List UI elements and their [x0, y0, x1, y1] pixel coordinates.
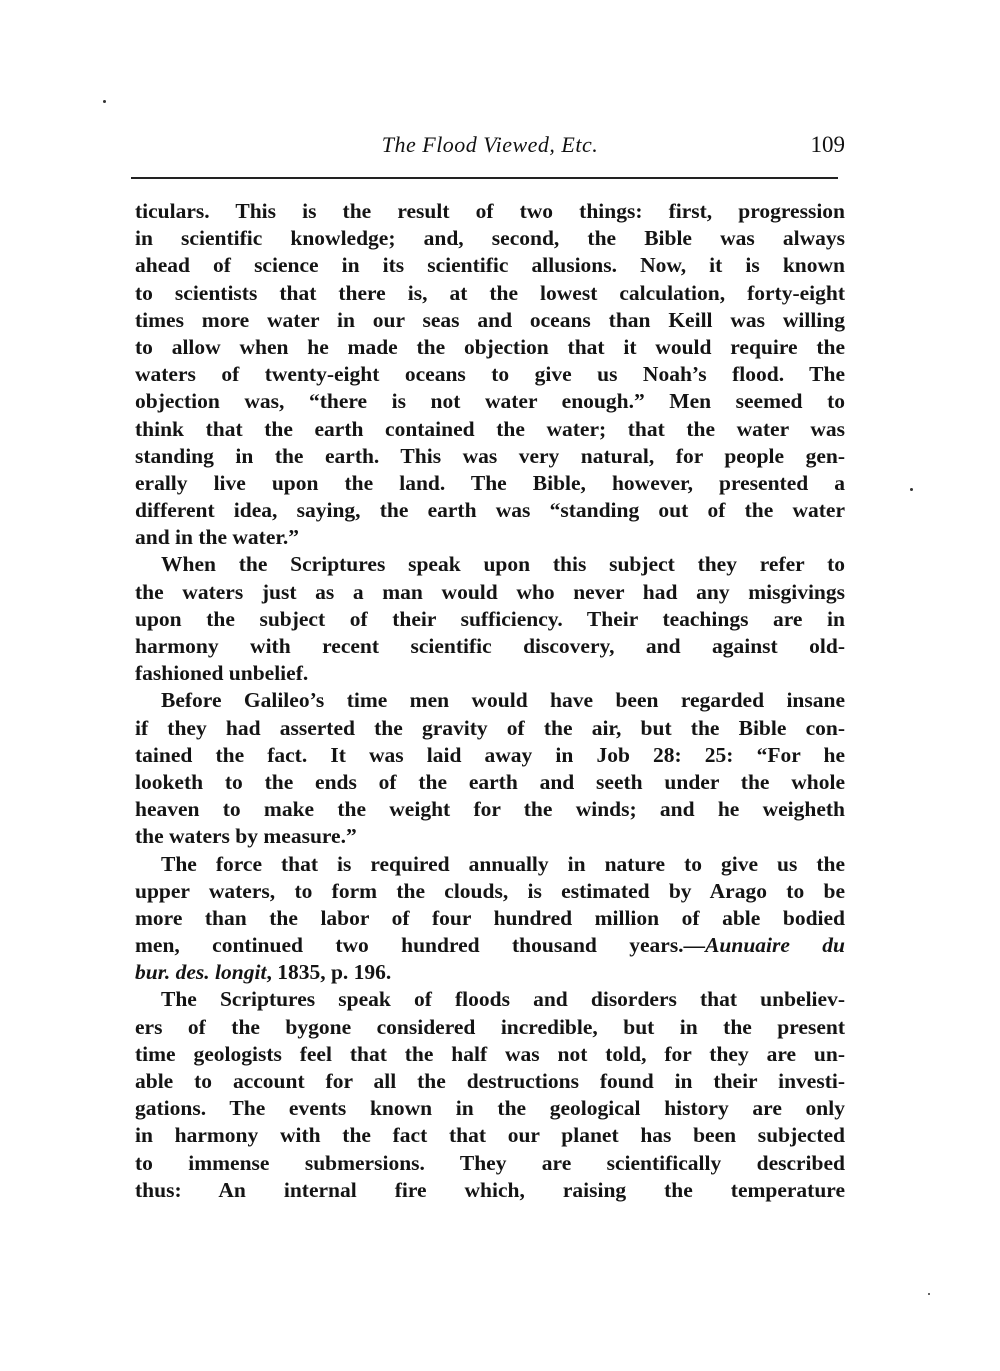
- running-title: The Flood Viewed, Etc.: [135, 132, 845, 158]
- paragraph-1: ticulars. This is the result of two thin…: [135, 198, 845, 551]
- text-line: upper waters, to form the clouds, is est…: [135, 878, 845, 905]
- text-line: able to account for all the destructions…: [135, 1068, 845, 1095]
- text-line: The force that is required annually in n…: [135, 851, 845, 878]
- text-line: thus: An internal fire which, raising th…: [135, 1177, 845, 1204]
- text-line: to immense submersions. They are scienti…: [135, 1150, 845, 1177]
- header-rule: [131, 177, 838, 179]
- text-line: ahead of science in its scientific allus…: [135, 252, 845, 279]
- text-line: objection was, “there is not water enoug…: [135, 388, 845, 415]
- text-line: in harmony with the fact that our planet…: [135, 1122, 845, 1149]
- citation-line: men, continued two hundred thousand year…: [135, 932, 845, 959]
- paragraph-2: When the Scriptures speak upon this subj…: [135, 551, 845, 687]
- text-line: more than the labor of four hundred mill…: [135, 905, 845, 932]
- text-line: looketh to the ends of the earth and see…: [135, 769, 845, 796]
- text-line: harmony with recent scientific discovery…: [135, 633, 845, 660]
- text-line: standing in the earth. This was very nat…: [135, 443, 845, 470]
- citation-rest: , 1835, p. 196.: [266, 960, 391, 984]
- text-line: the waters just as a man would who never…: [135, 579, 845, 606]
- text-fragment: men, continued two hundred thousand year…: [135, 933, 705, 957]
- text-line: times more water in our seas and oceans …: [135, 307, 845, 334]
- text-line: time geologists feel that the half was n…: [135, 1041, 845, 1068]
- paragraph-5: The Scriptures speak of floods and disor…: [135, 986, 845, 1204]
- paragraph-3: Before Galileo’s time men would have bee…: [135, 687, 845, 850]
- text-line: and in the water.”: [135, 524, 845, 551]
- text-line: Before Galileo’s time men would have bee…: [135, 687, 845, 714]
- text-line: heaven to make the weight for the winds;…: [135, 796, 845, 823]
- text-line: in scientific knowledge; and, second, th…: [135, 225, 845, 252]
- text-line: the waters by measure.”: [135, 823, 845, 850]
- body-text: ticulars. This is the result of two thin…: [135, 198, 845, 1204]
- text-line: upon the subject of their sufficiency. T…: [135, 606, 845, 633]
- text-line: waters of twenty-eight oceans to give us…: [135, 361, 845, 388]
- text-line: ticulars. This is the result of two thin…: [135, 198, 845, 225]
- text-line: ers of the bygone considered incredible,…: [135, 1014, 845, 1041]
- book-page: The Flood Viewed, Etc. 109 ticulars. Thi…: [0, 0, 1000, 1371]
- text-line: tained the fact. It was laid away in Job…: [135, 742, 845, 769]
- citation-italic: bur. des. longit: [135, 960, 266, 984]
- text-line: The Scriptures speak of floods and disor…: [135, 986, 845, 1013]
- page-number: 109: [811, 132, 846, 158]
- citation-italic: Aunuaire du: [705, 933, 845, 957]
- text-line: fashioned unbelief.: [135, 660, 845, 687]
- text-line: When the Scriptures speak upon this subj…: [135, 551, 845, 578]
- text-line: if they had asserted the gravity of the …: [135, 715, 845, 742]
- text-line: gations. The events known in the geologi…: [135, 1095, 845, 1122]
- running-head: The Flood Viewed, Etc. 109: [135, 130, 845, 160]
- text-line: different idea, saying, the earth was “s…: [135, 497, 845, 524]
- paragraph-4: The force that is required annually in n…: [135, 851, 845, 987]
- citation-line: bur. des. longit, 1835, p. 196.: [135, 959, 845, 986]
- scan-speck: [928, 1293, 930, 1295]
- scan-speck: [103, 100, 106, 103]
- text-line: to allow when he made the objection that…: [135, 334, 845, 361]
- scan-speck: [910, 488, 913, 491]
- text-line: to scientists that there is, at the lowe…: [135, 280, 845, 307]
- text-line: erally live upon the land. The Bible, ho…: [135, 470, 845, 497]
- text-line: think that the earth contained the water…: [135, 416, 845, 443]
